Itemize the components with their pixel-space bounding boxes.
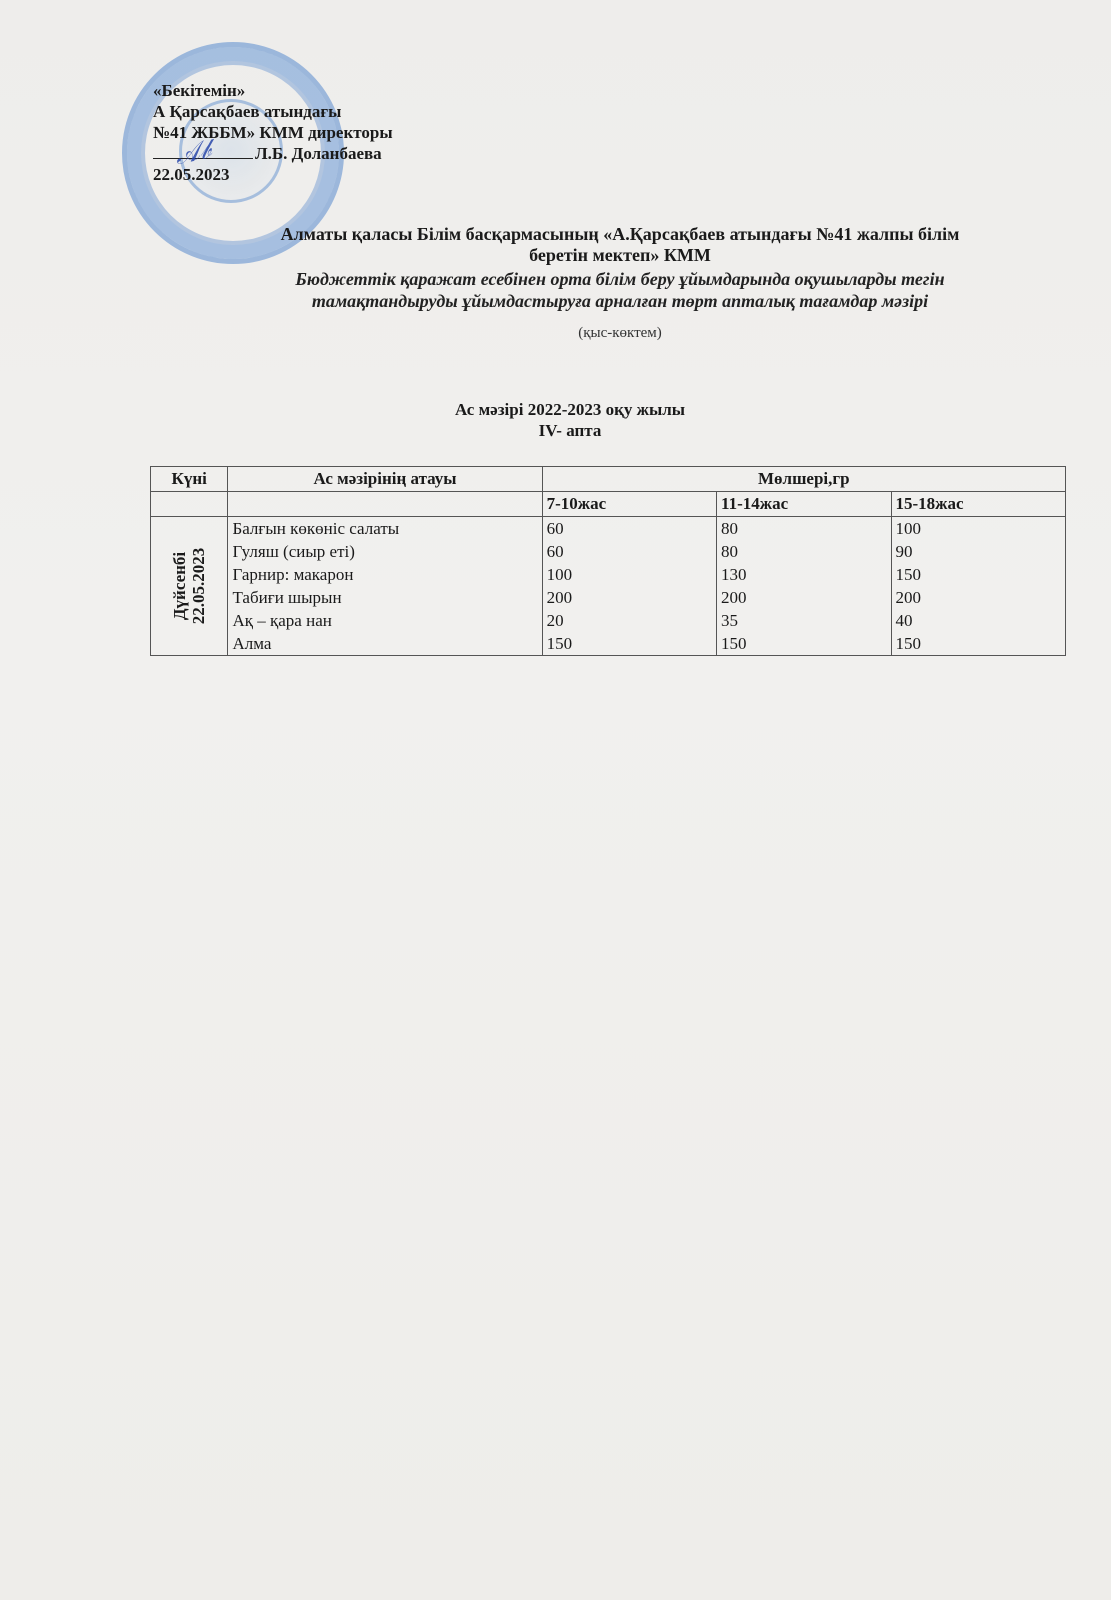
subtitle-line-2: тамақтандыруды ұйымдастыруға арналған тө…	[140, 290, 1100, 312]
amount-value: 80	[721, 540, 886, 563]
org-line-1: Алматы қаласы Білім басқармасының «А.Қар…	[140, 224, 1100, 245]
amount-value: 130	[721, 563, 886, 586]
dish-name: Ақ – қара нан	[232, 609, 537, 632]
amount-value: 80	[721, 517, 886, 540]
day-cell: Дүйсенбі 22.05.2023	[151, 517, 228, 656]
amount-value: 150	[896, 563, 1062, 586]
amount-7-10-list: 606010020020150	[542, 517, 716, 656]
dish-name: Гарнир: макарон	[232, 563, 537, 586]
amount-11-14-list: 808013020035150	[717, 517, 891, 656]
table-row: Дүйсенбі 22.05.2023 Балғын көкөніс салат…	[151, 517, 1066, 656]
approval-signatory: Л.Б. Доланбаева	[255, 144, 382, 163]
amount-value: 60	[547, 540, 712, 563]
organization-title: Алматы қаласы Білім басқармасының «А.Қар…	[140, 224, 1100, 266]
amount-value: 150	[547, 632, 712, 655]
document-subtitle: Бюджеттік қаражат есебінен орта білім бе…	[140, 268, 1100, 312]
dish-list: Балғын көкөніс салатыГуляш (сиыр еті)Гар…	[228, 517, 542, 656]
subtitle-line-1: Бюджеттік қаражат есебінен орта білім бе…	[140, 268, 1100, 290]
amount-value: 150	[721, 632, 886, 655]
dish-name: Табиғи шырын	[232, 586, 537, 609]
header-day: Күні	[151, 467, 228, 492]
amount-value: 100	[547, 563, 712, 586]
amount-value: 200	[547, 586, 712, 609]
org-line-2: беретін мектеп» КММ	[140, 245, 1100, 266]
dish-name: Алма	[232, 632, 537, 655]
dish-name: Гуляш (сиыр еті)	[232, 540, 537, 563]
approval-line-1: А Қарсақбаев атындағы	[153, 101, 393, 122]
header-age-11-14: 11-14жас	[717, 492, 891, 517]
subheader-blank-day	[151, 492, 228, 517]
amount-value: 100	[896, 517, 1062, 540]
table-subheader-row: 7-10жас 11-14жас 15-18жас	[151, 492, 1066, 517]
amount-value: 40	[896, 609, 1062, 632]
season-label: (қыс-көктем)	[140, 325, 1100, 342]
amount-value: 150	[896, 632, 1062, 655]
amount-value: 35	[721, 609, 886, 632]
table-header-row: Күні Ас мәзірінің атауы Мөлшері,гр	[151, 467, 1066, 492]
header-dish: Ас мәзірінің атауы	[228, 467, 542, 492]
amount-value: 60	[547, 517, 712, 540]
amount-value: 200	[896, 586, 1062, 609]
menu-week: IV- апта	[140, 420, 1000, 441]
amount-value: 200	[721, 586, 886, 609]
header-amount: Мөлшері,гр	[542, 467, 1065, 492]
amount-15-18-list: 1009015020040150	[891, 517, 1066, 656]
amount-value: 90	[896, 540, 1062, 563]
header-age-7-10: 7-10жас	[542, 492, 716, 517]
menu-year-title: Ас мәзірі 2022-2023 оқу жылы	[140, 399, 1000, 420]
dish-name: Балғын көкөніс салаты	[232, 517, 537, 540]
menu-heading: Ас мәзірі 2022-2023 оқу жылы IV- апта	[140, 399, 1000, 441]
day-name: Дүйсенбі	[170, 548, 189, 625]
amount-value: 20	[547, 609, 712, 632]
subheader-blank-dish	[228, 492, 542, 517]
approval-title: «Бекітемін»	[153, 80, 393, 101]
header-age-15-18: 15-18жас	[891, 492, 1066, 517]
menu-table: Күні Ас мәзірінің атауы Мөлшері,гр 7-10ж…	[150, 466, 1066, 656]
day-date: 22.05.2023	[189, 548, 208, 625]
